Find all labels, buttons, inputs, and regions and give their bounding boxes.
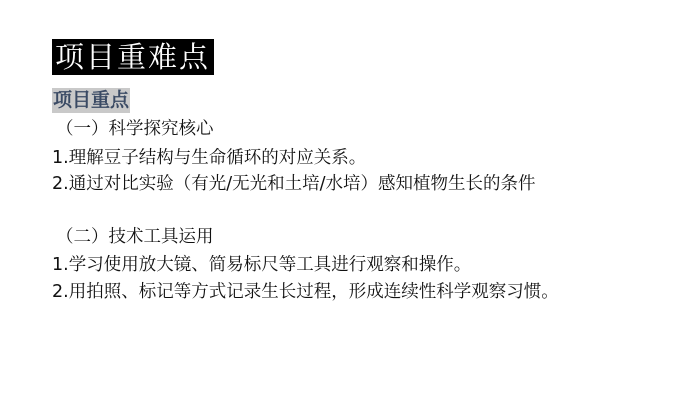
slide-title: 项目重难点 — [52, 39, 214, 75]
section-header-science-inquiry: （一）科学探究核心 — [56, 117, 214, 141]
section-header-tool-usage: （二）技术工具运用 — [56, 225, 214, 249]
subheading-key-points: 项目重点 — [52, 88, 130, 113]
slide: 项目重难点 项目重点 （一）科学探究核心 1.理解豆子结构与生命循环的对应关系。… — [0, 0, 700, 394]
list-item: 1.理解豆子结构与生命循环的对应关系。 — [52, 146, 366, 170]
list-item: 2.通过对比实验（有光/无光和土培/水培）感知植物生长的条件 — [52, 172, 536, 196]
list-item: 2.用拍照、标记等方式记录生长过程，形成连续性科学观察习惯。 — [52, 280, 559, 304]
list-item: 1.学习使用放大镜、简易标尺等工具进行观察和操作。 — [52, 253, 471, 277]
